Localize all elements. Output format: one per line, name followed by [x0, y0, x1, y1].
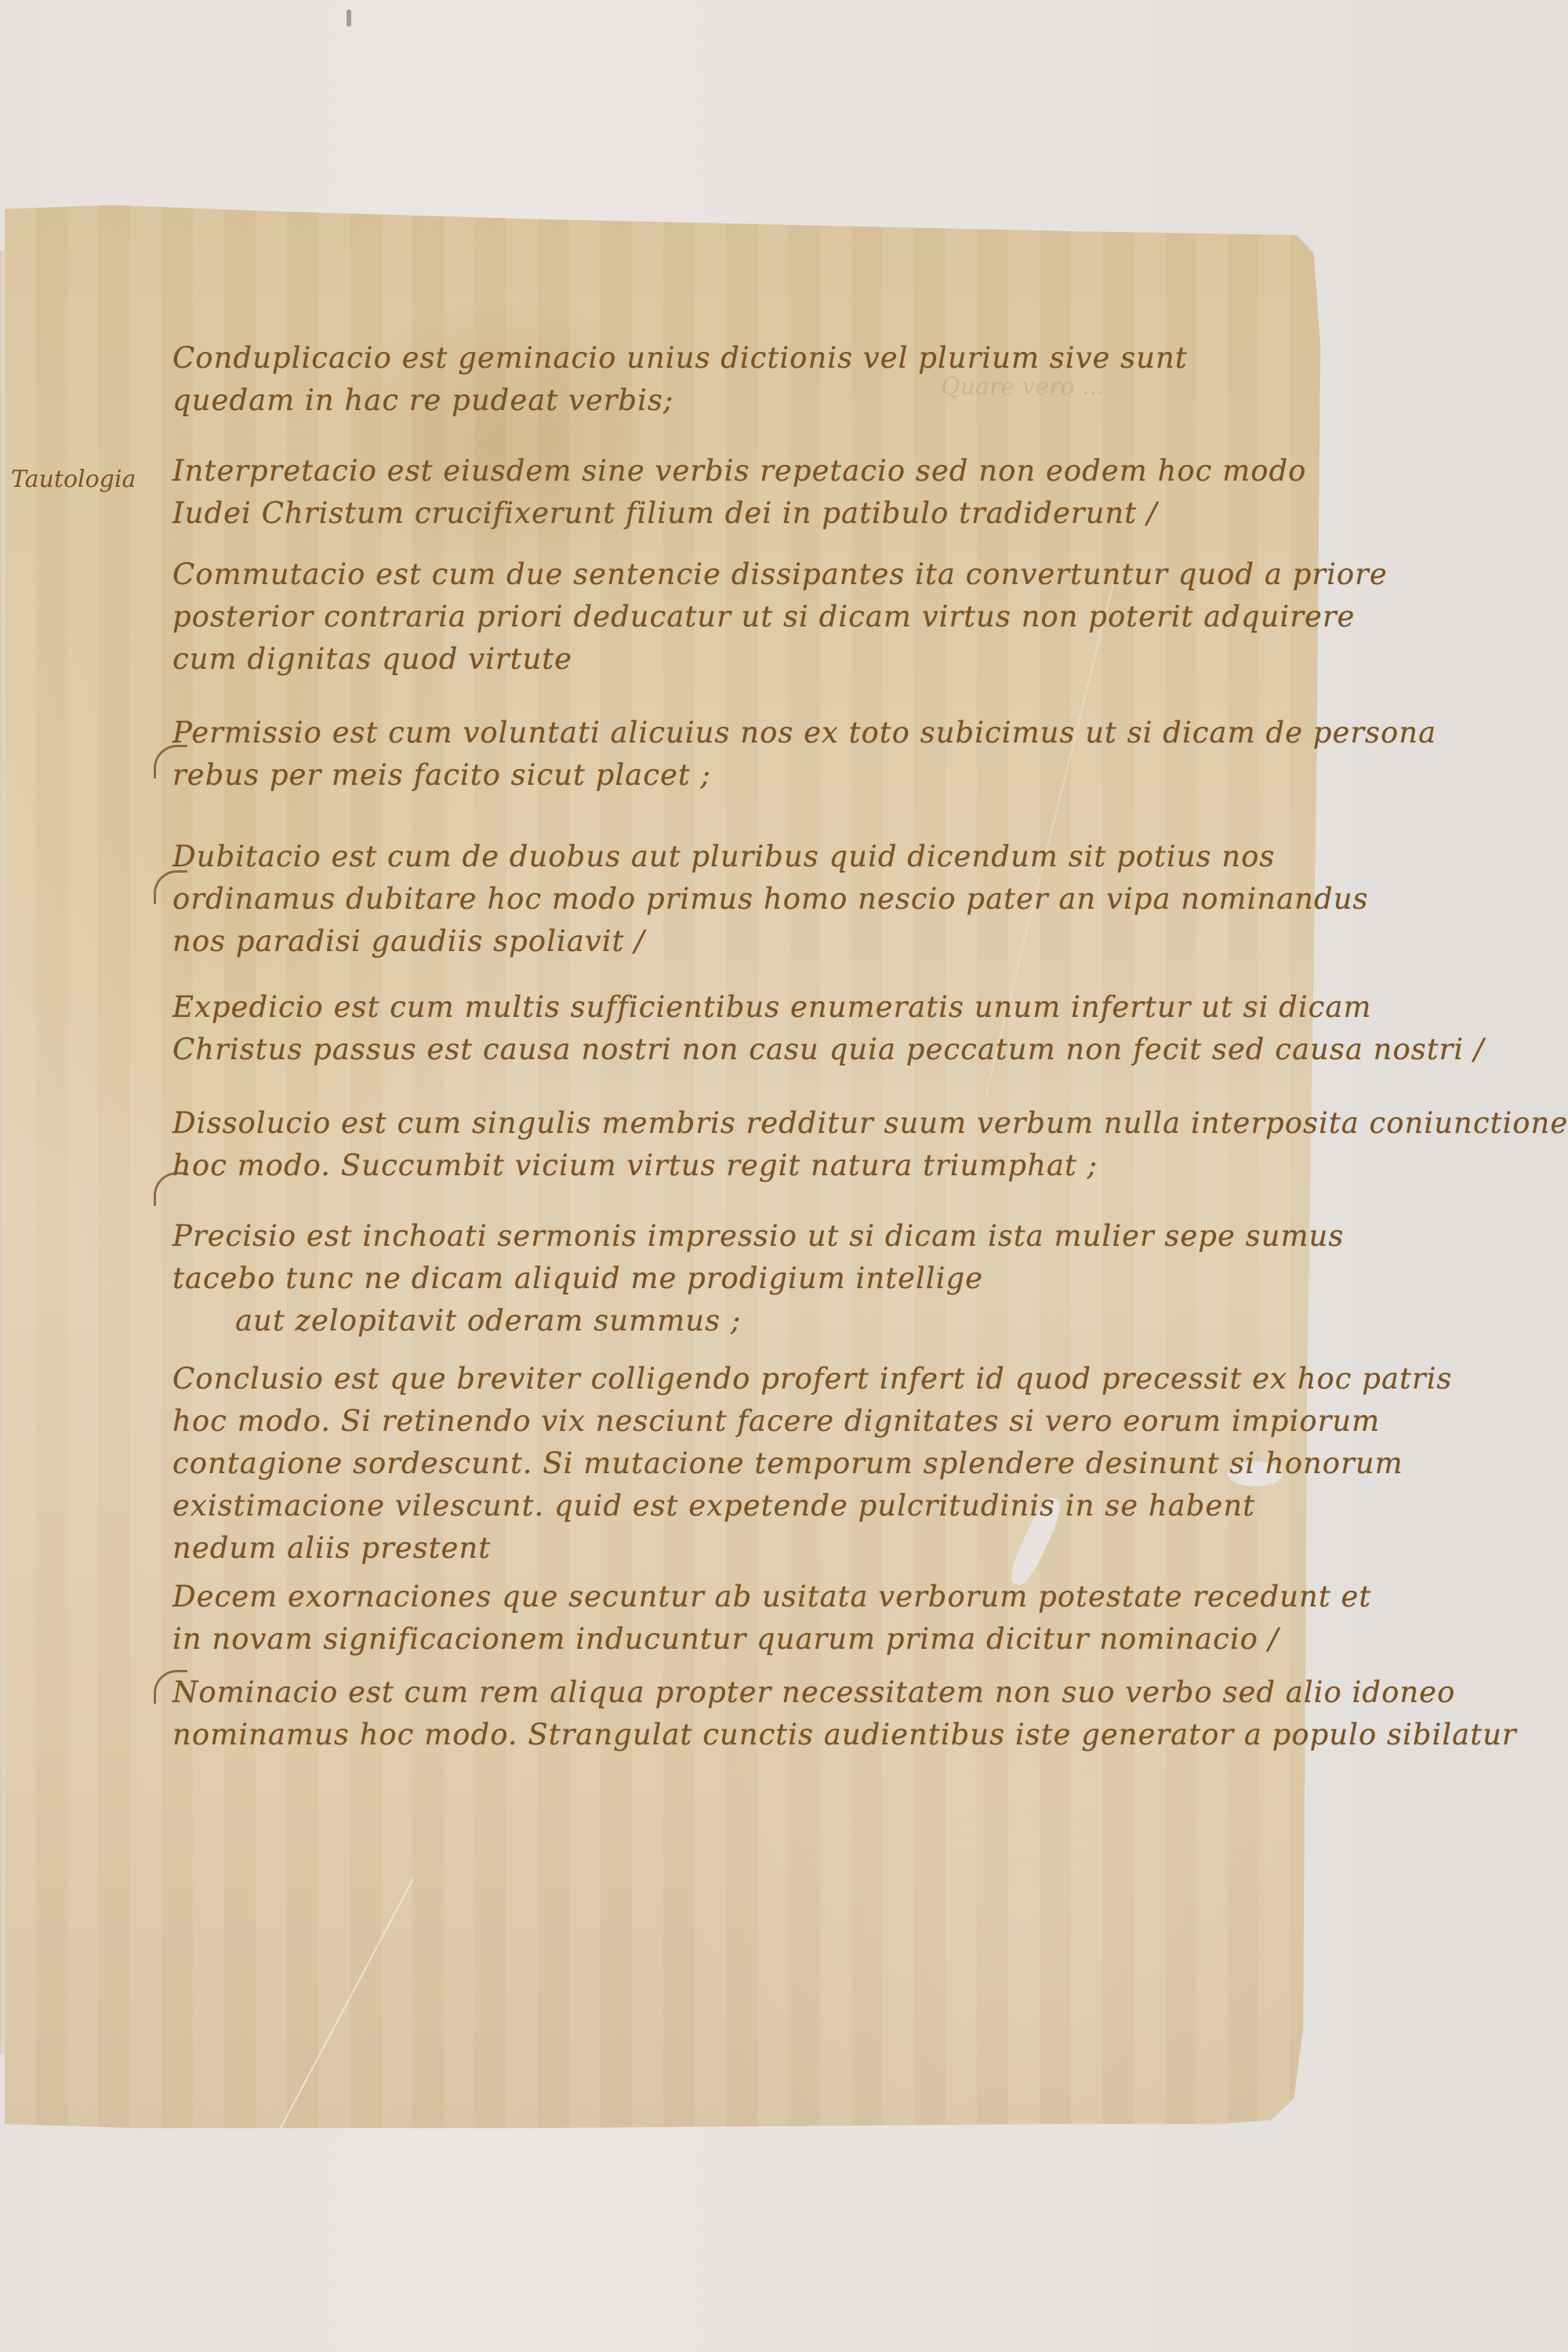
- text-line: Conclusio est que breviter colligendo pr…: [172, 1358, 1254, 1400]
- text-line: quedam in hac re pudeat verbis;: [172, 379, 1254, 422]
- text-line: hoc modo. Si retinendo vix nesciunt face…: [172, 1400, 1254, 1443]
- paragraph-conclusio: Conclusio est que breviter colligendo pr…: [172, 1358, 1254, 1570]
- text-line: existimacione vilescunt. quid est expete…: [172, 1485, 1254, 1527]
- manuscript-text: Conduplicacio est geminacio unius dictio…: [172, 337, 1254, 1756]
- text-line: contagione sordescunt. Si mutacione temp…: [172, 1443, 1254, 1485]
- text-line: Nominacio est cum rem aliqua propter nec…: [172, 1671, 1254, 1714]
- text-line: rebus per meis facito sicut placet ;: [172, 754, 1254, 797]
- dust-speck: [347, 9, 351, 27]
- paragraph-expedicio: Expedicio est cum multis sufficientibus …: [172, 986, 1254, 1071]
- text-line: Iudei Christum crucifixerunt filium dei …: [172, 492, 1254, 535]
- text-line: nedum aliis prestent: [172, 1527, 1254, 1570]
- paragraph-nominacio: Nominacio est cum rem aliqua propter nec…: [172, 1671, 1254, 1756]
- text-line: Decem exornaciones que secuntur ab usita…: [172, 1576, 1254, 1618]
- paragraph-conduplicacio: Conduplicacio est geminacio unius dictio…: [172, 337, 1254, 422]
- text-line: in novam significacionem inducuntur quar…: [172, 1618, 1254, 1661]
- parchment-crease: [258, 1878, 414, 2170]
- text-line: cum dignitas quod virtute: [172, 638, 1254, 681]
- text-line: Christus passus est causa nostri non cas…: [172, 1029, 1254, 1071]
- paragraph-permissio: Permissio est cum voluntati alicuius nos…: [172, 712, 1254, 797]
- text-line: nos paradisi gaudiis spoliavit /: [172, 920, 1254, 963]
- text-line: aut zelopitavit oderam summus ;: [172, 1300, 1254, 1342]
- paragraph-precisio: Precisio est inchoati sermonis impressio…: [172, 1215, 1254, 1342]
- text-line: Permissio est cum voluntati alicuius nos…: [172, 712, 1254, 754]
- paragraph-interpretacio: Interpretacio est eiusdem sine verbis re…: [172, 450, 1254, 535]
- text-line: Commutacio est cum due sentencie dissipa…: [172, 554, 1254, 596]
- text-line: hoc modo. Succumbit vicium virtus regit …: [172, 1145, 1254, 1187]
- text-line: ordinamus dubitare hoc modo primus homo …: [172, 878, 1254, 920]
- paragraph-commutacio: Commutacio est cum due sentencie dissipa…: [172, 554, 1254, 681]
- text-line: Dubitacio est cum de duobus aut pluribus…: [172, 836, 1254, 878]
- marginal-note: Tautologia: [11, 466, 136, 493]
- text-line: tacebo tunc ne dicam aliquid me prodigiu…: [172, 1258, 1254, 1300]
- text-line: Expedicio est cum multis sufficientibus …: [172, 986, 1254, 1029]
- paragraph-decem-exornaciones: Decem exornaciones que secuntur ab usita…: [172, 1576, 1254, 1661]
- text-line: nominamus hoc modo. Strangulat cunctis a…: [172, 1714, 1254, 1756]
- text-line: posterior contraria priori deducatur ut …: [172, 596, 1254, 638]
- text-line: Interpretacio est eiusdem sine verbis re…: [172, 450, 1254, 492]
- text-line: Precisio est inchoati sermonis impressio…: [172, 1215, 1254, 1258]
- text-line: Dissolucio est cum singulis membris redd…: [172, 1102, 1254, 1145]
- paragraph-dubitacio: Dubitacio est cum de duobus aut pluribus…: [172, 836, 1254, 963]
- text-line: Conduplicacio est geminacio unius dictio…: [172, 337, 1254, 379]
- paragraph-dissolucio: Dissolucio est cum singulis membris redd…: [172, 1102, 1254, 1187]
